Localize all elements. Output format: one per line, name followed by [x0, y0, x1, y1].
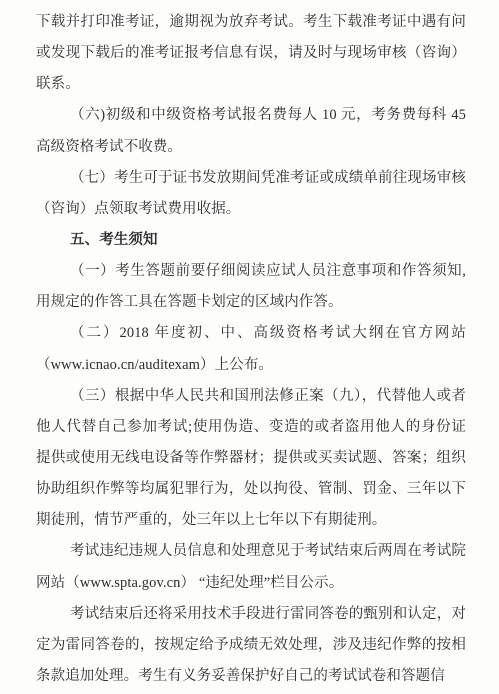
text-line: 或发现下载后的准考证报考信息有误，请及时与现场审核（咨询）点: [36, 38, 466, 69]
text-line: 考试违纪违规人员信息和处理意见于考试结束后两周在考试院: [36, 536, 466, 567]
text-line: （二）2018 年度初、中、高级资格考试大纲在官方网站: [36, 318, 466, 349]
text-line: （七）考生可于证书发放期间凭准考证或成绩单前往现场审核: [36, 163, 466, 194]
document-page: 下载并打印准考证，逾期视为放弃考试。考生下载准考证中遇有问题，或发现下载后的准考…: [0, 0, 499, 694]
text-line: 下载并打印准考证，逾期视为放弃考试。考生下载准考证中遇有问题，: [36, 7, 466, 38]
text-line: 高级资格考试不收费。: [36, 132, 466, 163]
text-line: 他人代替自己参加考试;使用伪造、变造的或者盗用他人的身份证件;: [36, 412, 466, 443]
text-line: 期徒刑，情节严重的，处三年以上七年以下有期徒刑。: [36, 505, 466, 536]
text-line: 定为雷同答卷的，按规定给予成绩无效处理，涉及违纪作弊的按相关: [36, 630, 466, 661]
text-line: （www.icnao.cn/auditexam）上公布。: [36, 350, 466, 381]
text-line: 提供或使用无线电设备等作弊器材；提供或买卖试题、答案；组织或: [36, 443, 466, 474]
text-line: 网站（www.spta.gov.cn） “违纪处理”栏目公示。: [36, 568, 466, 599]
document-text-body: 下载并打印准考证，逾期视为放弃考试。考生下载准考证中遇有问题，或发现下载后的准考…: [36, 7, 466, 692]
text-line: 条款追加处理。考生有义务妥善保护好自己的考试试卷和答题信息、: [36, 661, 466, 692]
text-line: 协助组织作弊等均属犯罪行为，处以拘役、管制、罚金、三年以下有: [36, 474, 466, 505]
text-line: （三）根据中华人民共和国刑法修正案（九），代替他人或者让: [36, 381, 466, 412]
text-line: 用规定的作答工具在答题卡划定的区域内作答。: [36, 287, 466, 318]
section-heading: 五、考生须知: [36, 225, 466, 256]
text-line: 联系。: [36, 69, 466, 100]
text-line: （六)初级和中级资格考试报名费每人 10 元，考务费每科 45 元。: [36, 100, 466, 131]
text-line: （一）考生答题前要仔细阅读应试人员注意事项和作答须知,使: [36, 256, 466, 287]
text-line: 考试结束后还将采用技术手段进行雷同答卷的甄别和认定，对认: [36, 599, 466, 630]
text-line: （咨询）点领取考试费用收据。: [36, 194, 466, 225]
